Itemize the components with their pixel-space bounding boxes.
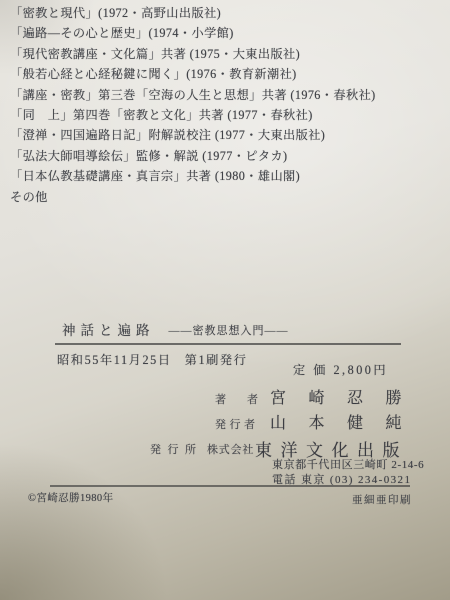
book-title: 神話と遍路 (62, 323, 155, 338)
bibliography-line: 「遍路―その心と歴史」(1974・小学館) (10, 23, 440, 43)
issuer-label: 発行者 (215, 416, 259, 432)
book-colophon-page: 「密教と現代」(1972・高野山出版社) 「遍路―その心と歴史」(1974・小学… (0, 0, 450, 600)
bibliography-line: 「般若心経と心経秘鍵に聞く」(1976・教育新潮社) (10, 64, 440, 84)
printing-info: 第1刷発行 (185, 353, 248, 367)
bibliography-line: 「講座・密教」第三巻「空海の人生と思想」共著 (1976・春秋社) (10, 85, 440, 105)
printer-credit: 亜細亜印刷 (352, 492, 412, 507)
issuer-name: 山本健純 (270, 410, 424, 433)
bibliography-line: 「現代密教講座・文化篇」共著 (1975・大東出版社) (10, 44, 440, 64)
bibliography-line: 「澄禅・四国遍路日記」附解説校注 (1977・大東出版社) (10, 125, 440, 145)
company-prefix: 株式会社 (207, 441, 254, 457)
copyright-notice: ©宮崎忍勝1980年 (28, 490, 113, 505)
edition-line: 昭和55年11月25日第1刷発行 (57, 351, 248, 368)
price: 定 価 2,800円 (293, 361, 388, 378)
edition-date: 昭和55年11月25日 (57, 353, 172, 367)
bibliography-line: 「同 上」第四巻「密教と文化」共著 (1977・春秋社) (10, 105, 440, 125)
publisher-label: 発行所 (150, 441, 203, 457)
bibliography-line: 「日本仏教基礎講座・真言宗」共著 (1980・雄山閣) (10, 166, 440, 186)
bibliography-line: その他 (10, 187, 440, 207)
author-name: 宮崎忍勝 (270, 385, 424, 408)
bibliography-list: 「密教と現代」(1972・高野山出版社) 「遍路―その心と歴史」(1974・小学… (10, 3, 440, 207)
divider-top (55, 343, 401, 345)
divider-bottom (50, 485, 410, 487)
bibliography-line: 「密教と現代」(1972・高野山出版社) (10, 3, 440, 23)
book-title-line: 神話と遍路——密教思想入門—— (62, 319, 289, 339)
book-subtitle: ——密教思想入門—— (169, 325, 289, 337)
bibliography-line: 「弘法大師唱導絵伝」監修・解説 (1977・ピタカ) (10, 146, 440, 166)
